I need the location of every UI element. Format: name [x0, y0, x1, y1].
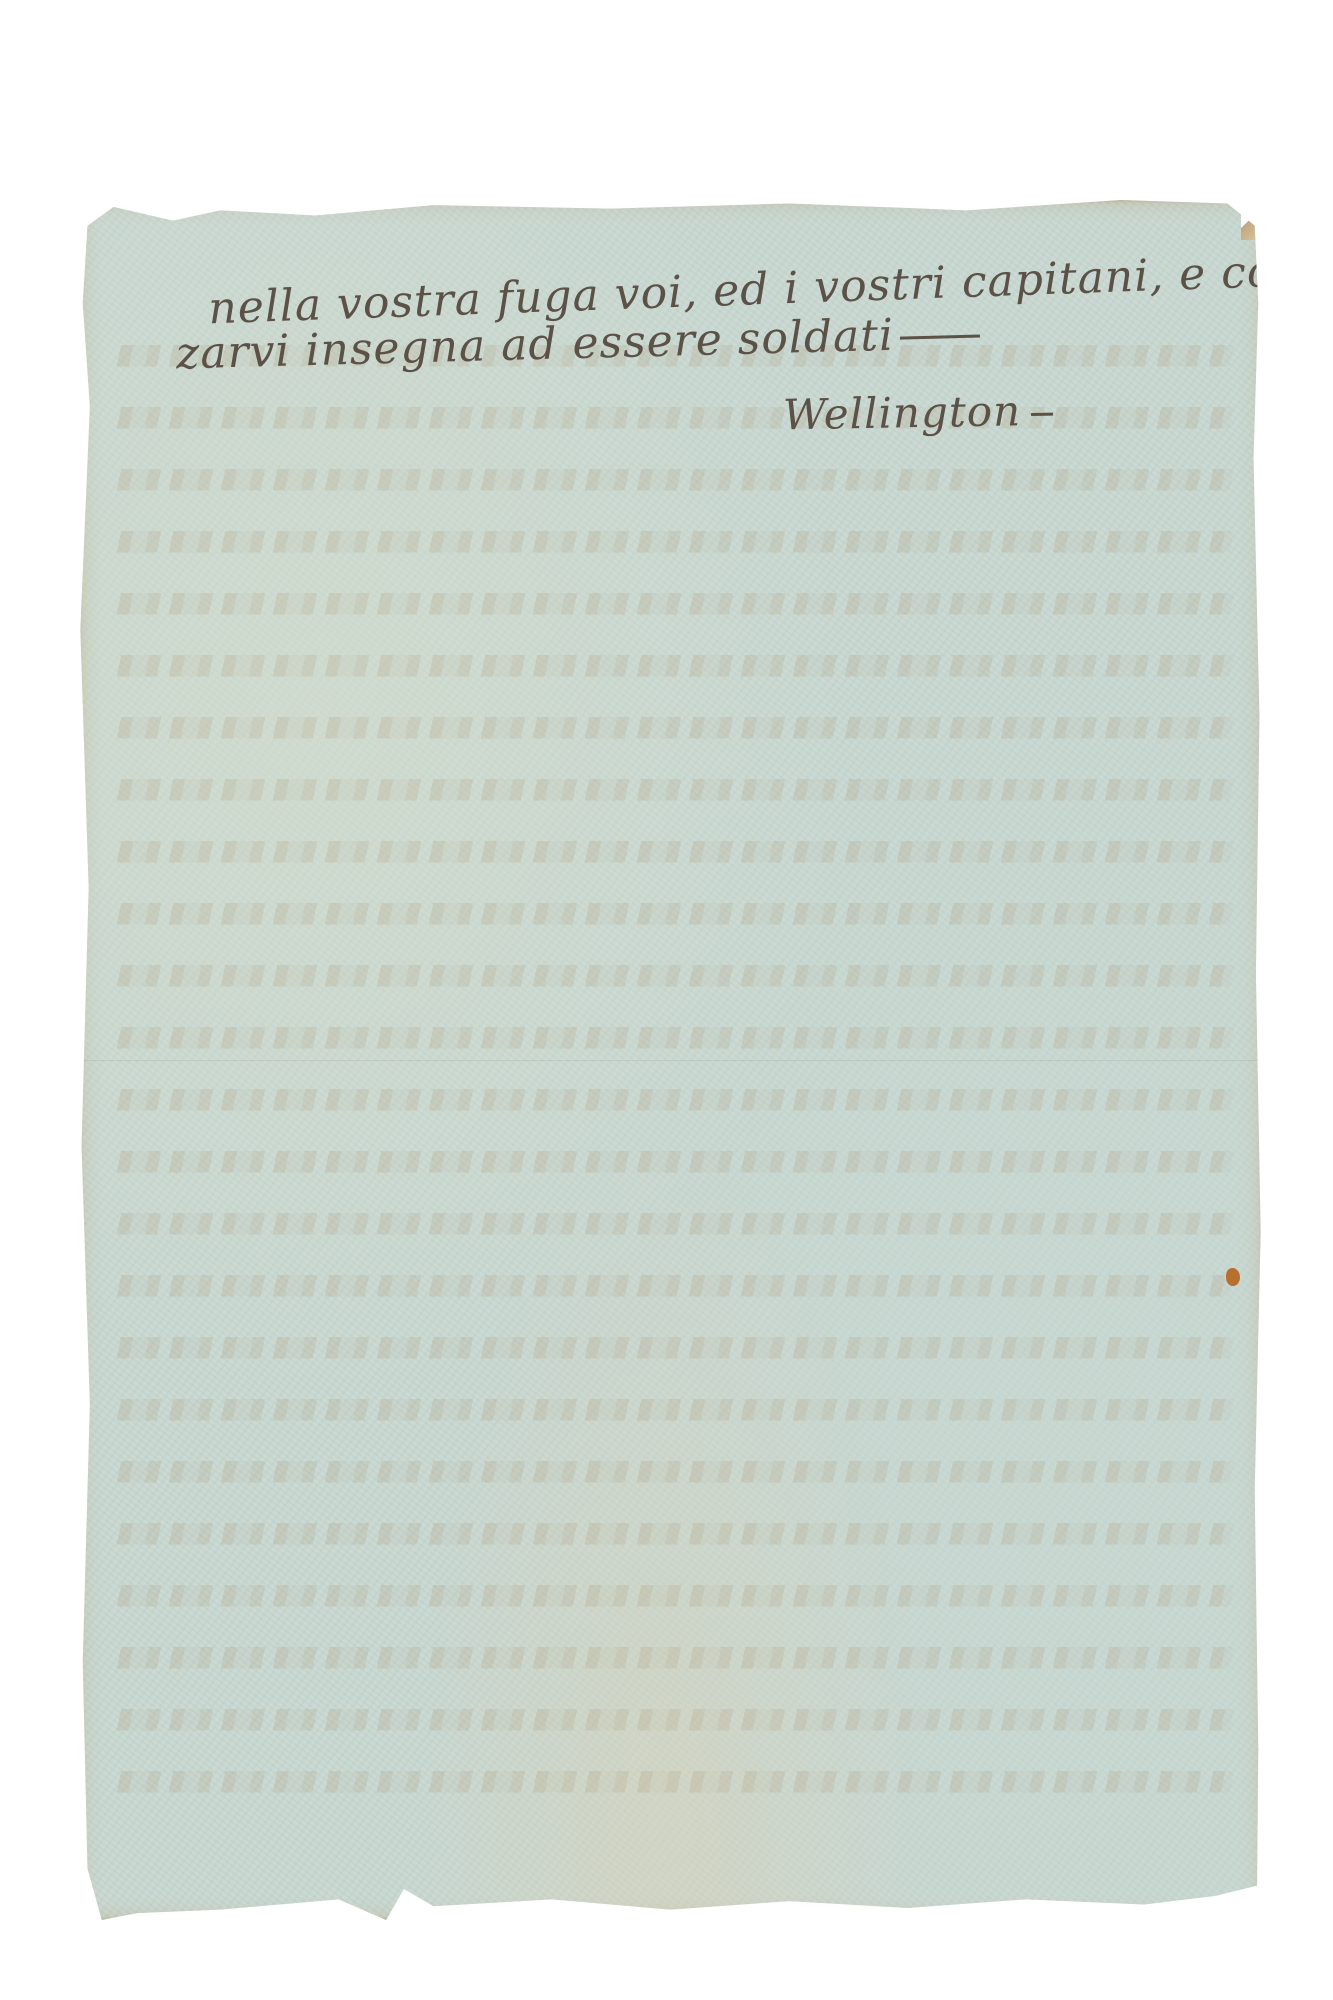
- ghost-line: [101, 1126, 1239, 1188]
- ghost-line: [101, 444, 1239, 506]
- rust-stain: [1226, 1268, 1240, 1286]
- ghost-line: [101, 1188, 1239, 1250]
- ghost-line: [101, 816, 1239, 878]
- ghost-line: [101, 568, 1239, 630]
- signature-text: Wellington: [783, 386, 1022, 439]
- ghost-line: [101, 1250, 1239, 1312]
- ghost-line: [101, 1312, 1239, 1374]
- ghost-line: [101, 382, 1239, 444]
- ghost-line: [101, 1436, 1239, 1498]
- ghost-line: [101, 878, 1239, 940]
- ghost-line: [101, 754, 1239, 816]
- signature: Wellington: [783, 386, 1054, 440]
- ghost-line: [101, 692, 1239, 754]
- ghost-line: [101, 1002, 1239, 1064]
- ghost-line: [101, 1064, 1239, 1126]
- ghost-line: [101, 1374, 1239, 1436]
- ghost-line: [101, 1560, 1239, 1622]
- ghost-line: [101, 1746, 1239, 1808]
- closing-rule: [900, 334, 980, 339]
- manuscript-sheet: nella vostra fuga voi, ed i vostri capit…: [78, 200, 1263, 1920]
- ghost-line: [101, 940, 1239, 1002]
- torn-corner: [1241, 200, 1263, 240]
- ghost-line: [101, 1498, 1239, 1560]
- ghost-line: [101, 630, 1239, 692]
- signature-dash: [1031, 412, 1053, 415]
- ghost-line: [101, 1684, 1239, 1746]
- ghost-line: [101, 1622, 1239, 1684]
- ghost-line: [101, 506, 1239, 568]
- bleed-through-text: [108, 320, 1233, 1860]
